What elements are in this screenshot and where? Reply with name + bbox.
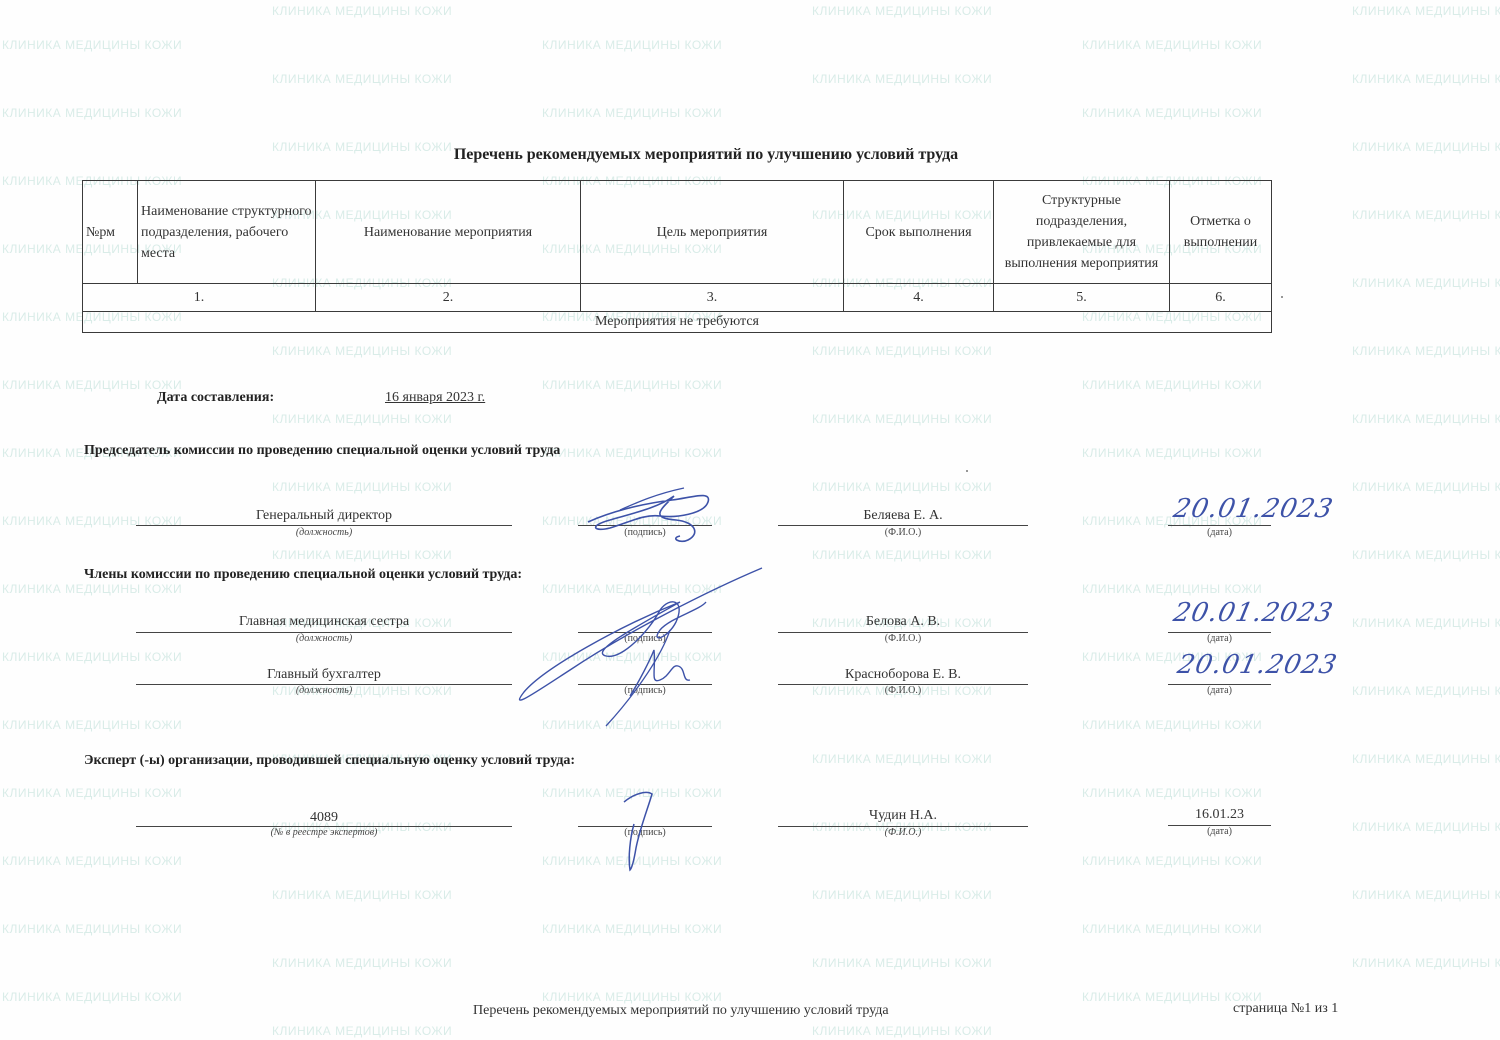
watermark: КЛИНИКА МЕДИЦИНЫ КОЖИ xyxy=(1352,344,1500,358)
column-number-cell: 5. xyxy=(994,284,1170,312)
watermark: КЛИНИКА МЕДИЦИНЫ КОЖИ xyxy=(1082,38,1262,52)
expert-name-caption: (Ф.И.О.) xyxy=(778,827,1028,838)
document-title: Перечень рекомендуемых мероприятий по ул… xyxy=(0,146,1412,164)
watermark: КЛИНИКА МЕДИЦИНЫ КОЖИ xyxy=(812,480,992,494)
header-cell-involved-departments: Структурные подразделения, привлекаемые … xyxy=(994,181,1170,284)
watermark: КЛИНИКА МЕДИЦИНЫ КОЖИ xyxy=(542,990,722,1004)
chairman-position-line xyxy=(136,525,512,526)
members-heading: Члены комиссии по проведению специальной… xyxy=(84,567,522,583)
watermark: КЛИНИКА МЕДИЦИНЫ КОЖИ xyxy=(2,38,182,52)
watermark: КЛИНИКА МЕДИЦИНЫ КОЖИ xyxy=(812,752,992,766)
watermark: КЛИНИКА МЕДИЦИНЫ КОЖИ xyxy=(1352,820,1500,834)
watermark: КЛИНИКА МЕДИЦИНЫ КОЖИ xyxy=(272,412,452,426)
member-position-caption: (должность) xyxy=(136,685,512,696)
watermark: КЛИНИКА МЕДИЦИНЫ КОЖИ xyxy=(812,72,992,86)
watermark: КЛИНИКА МЕДИЦИНЫ КОЖИ xyxy=(1352,72,1500,86)
member-signature-icon xyxy=(620,640,700,700)
watermark: КЛИНИКА МЕДИЦИНЫ КОЖИ xyxy=(1352,412,1500,426)
expert-date: 16.01.23 xyxy=(1168,807,1271,823)
member-name-caption: (Ф.И.О.) xyxy=(778,685,1028,696)
scan-speck xyxy=(1281,296,1283,298)
member-name-caption: (Ф.И.О.) xyxy=(778,633,1028,644)
page-number: страница №1 из 1 xyxy=(1233,1001,1338,1017)
expert-registry-caption: (№ в реестре экспертов) xyxy=(136,827,512,838)
member-date: 20.01.2023 xyxy=(1171,598,1336,628)
chairman-name: Беляева Е. А. xyxy=(778,508,1028,524)
watermark: КЛИНИКА МЕДИЦИНЫ КОЖИ xyxy=(1352,4,1500,18)
expert-heading: Эксперт (-ы) организации, проводившей сп… xyxy=(84,753,575,769)
watermark: КЛИНИКА МЕДИЦИНЫ КОЖИ xyxy=(542,378,722,392)
member-position-caption: (должность) xyxy=(136,633,512,644)
header-cell-measure-name: Наименование мероприятия xyxy=(316,181,581,284)
watermark: КЛИНИКА МЕДИЦИНЫ КОЖИ xyxy=(1352,888,1500,902)
member-name: Красноборова Е. В. xyxy=(778,667,1028,683)
watermark: КЛИНИКА МЕДИЦИНЫ КОЖИ xyxy=(1082,854,1262,868)
watermark: КЛИНИКА МЕДИЦИНЫ КОЖИ xyxy=(1352,208,1500,222)
chairman-position-caption: (должность) xyxy=(136,527,512,538)
watermark: КЛИНИКА МЕДИЦИНЫ КОЖИ xyxy=(272,72,452,86)
watermark: КЛИНИКА МЕДИЦИНЫ КОЖИ xyxy=(542,446,722,460)
watermark: КЛИНИКА МЕДИЦИНЫ КОЖИ xyxy=(1082,786,1262,800)
expert-name: Чудин Н.А. xyxy=(778,808,1028,824)
watermark: КЛИНИКА МЕДИЦИНЫ КОЖИ xyxy=(542,38,722,52)
watermark: КЛИНИКА МЕДИЦИНЫ КОЖИ xyxy=(2,582,182,596)
chairman-heading: Председатель комиссии по проведению спец… xyxy=(84,443,560,459)
watermark: КЛИНИКА МЕДИЦИНЫ КОЖИ xyxy=(1352,548,1500,562)
member-name: Белова А. В. xyxy=(778,614,1028,630)
footer-title: Перечень рекомендуемых мероприятий по ул… xyxy=(473,1003,889,1019)
watermark: КЛИНИКА МЕДИЦИНЫ КОЖИ xyxy=(812,548,992,562)
watermark: КЛИНИКА МЕДИЦИНЫ КОЖИ xyxy=(542,922,722,936)
watermark: КЛИНИКА МЕДИЦИНЫ КОЖИ xyxy=(272,888,452,902)
member-date: 20.01.2023 xyxy=(1175,650,1340,680)
watermark: КЛИНИКА МЕДИЦИНЫ КОЖИ xyxy=(2,990,182,1004)
watermark: КЛИНИКА МЕДИЦИНЫ КОЖИ xyxy=(2,786,182,800)
column-number-cell: 3. xyxy=(581,284,844,312)
watermark: КЛИНИКА МЕДИЦИНЫ КОЖИ xyxy=(812,956,992,970)
watermark: КЛИНИКА МЕДИЦИНЫ КОЖИ xyxy=(1352,956,1500,970)
watermark: КЛИНИКА МЕДИЦИНЫ КОЖИ xyxy=(2,378,182,392)
watermark: КЛИНИКА МЕДИЦИНЫ КОЖИ xyxy=(2,718,182,732)
measures-table: №рм Наименование структурного подразделе… xyxy=(82,180,1272,333)
watermark: КЛИНИКА МЕДИЦИНЫ КОЖИ xyxy=(272,4,452,18)
watermark: КЛИНИКА МЕДИЦИНЫ КОЖИ xyxy=(2,106,182,120)
table-row: Мероприятия не требуются xyxy=(83,312,1272,333)
watermark: КЛИНИКА МЕДИЦИНЫ КОЖИ xyxy=(2,922,182,936)
header-cell-department: Наименование структурного подразделения,… xyxy=(138,181,316,284)
watermark: КЛИНИКА МЕДИЦИНЫ КОЖИ xyxy=(272,480,452,494)
watermark: КЛИНИКА МЕДИЦИНЫ КОЖИ xyxy=(1082,106,1262,120)
header-cell-measure-goal: Цель мероприятия xyxy=(581,181,844,284)
watermark: КЛИНИКА МЕДИЦИНЫ КОЖИ xyxy=(812,888,992,902)
compiled-date-value: 16 января 2023 г. xyxy=(385,390,485,406)
watermark: КЛИНИКА МЕДИЦИНЫ КОЖИ xyxy=(2,650,182,664)
watermark: КЛИНИКА МЕДИЦИНЫ КОЖИ xyxy=(1082,378,1262,392)
watermark: КЛИНИКА МЕДИЦИНЫ КОЖИ xyxy=(812,344,992,358)
expert-date-caption: (дата) xyxy=(1168,826,1271,837)
column-number-cell: 4. xyxy=(844,284,994,312)
watermark: КЛИНИКА МЕДИЦИНЫ КОЖИ xyxy=(1082,922,1262,936)
chairman-date-line xyxy=(1168,525,1271,526)
watermark: КЛИНИКА МЕДИЦИНЫ КОЖИ xyxy=(272,344,452,358)
watermark: КЛИНИКА МЕДИЦИНЫ КОЖИ xyxy=(272,956,452,970)
member-position: Главная медицинская сестра xyxy=(136,614,512,630)
chairman-position: Генеральный директор xyxy=(136,508,512,524)
table-header-row: №рм Наименование структурного подразделе… xyxy=(83,181,1272,284)
no-measures-note: Мероприятия не требуются xyxy=(83,312,1272,333)
header-cell-completion-mark: Отметка о выполнении xyxy=(1170,181,1272,284)
watermark: КЛИНИКА МЕДИЦИНЫ КОЖИ xyxy=(1352,752,1500,766)
column-number-cell: 1. xyxy=(83,284,316,312)
watermark: КЛИНИКА МЕДИЦИНЫ КОЖИ xyxy=(1352,616,1500,630)
chairman-signature-icon xyxy=(580,482,720,548)
chairman-date: 20.01.2023 xyxy=(1171,494,1336,524)
compiled-date-label: Дата составления: xyxy=(157,390,274,406)
chairman-name-caption: (Ф.И.О.) xyxy=(778,527,1028,538)
chairman-name-line xyxy=(778,525,1028,526)
table-column-numbers-row: 1. 2. 3. 4. 5. 6. xyxy=(83,284,1272,312)
watermark: КЛИНИКА МЕДИЦИНЫ КОЖИ xyxy=(1352,684,1500,698)
header-cell-workplace-number: №рм xyxy=(83,181,138,284)
scan-speck xyxy=(966,470,968,472)
watermark: КЛИНИКА МЕДИЦИНЫ КОЖИ xyxy=(272,548,452,562)
chairman-date-caption: (дата) xyxy=(1168,527,1271,538)
column-number-cell: 2. xyxy=(316,284,581,312)
watermark: КЛИНИКА МЕДИЦИНЫ КОЖИ xyxy=(812,1024,992,1038)
column-number-cell: 6. xyxy=(1170,284,1272,312)
watermark: КЛИНИКА МЕДИЦИНЫ КОЖИ xyxy=(1082,718,1262,732)
watermark: КЛИНИКА МЕДИЦИНЫ КОЖИ xyxy=(812,412,992,426)
watermark: КЛИНИКА МЕДИЦИНЫ КОЖИ xyxy=(2,854,182,868)
watermark: КЛИНИКА МЕДИЦИНЫ КОЖИ xyxy=(1082,582,1262,596)
member-date-caption: (дата) xyxy=(1168,685,1271,696)
expert-signature-icon xyxy=(612,788,662,872)
watermark: КЛИНИКА МЕДИЦИНЫ КОЖИ xyxy=(812,4,992,18)
watermark: КЛИНИКА МЕДИЦИНЫ КОЖИ xyxy=(1352,276,1500,290)
member-position: Главный бухгалтер xyxy=(136,667,512,683)
watermark: КЛИНИКА МЕДИЦИНЫ КОЖИ xyxy=(1352,480,1500,494)
watermark: КЛИНИКА МЕДИЦИНЫ КОЖИ xyxy=(542,106,722,120)
watermark: КЛИНИКА МЕДИЦИНЫ КОЖИ xyxy=(272,1024,452,1038)
header-cell-deadline: Срок выполнения xyxy=(844,181,994,284)
watermark: КЛИНИКА МЕДИЦИНЫ КОЖИ xyxy=(1082,446,1262,460)
expert-registry-number: 4089 xyxy=(136,810,512,826)
member-date-caption: (дата) xyxy=(1168,633,1271,644)
